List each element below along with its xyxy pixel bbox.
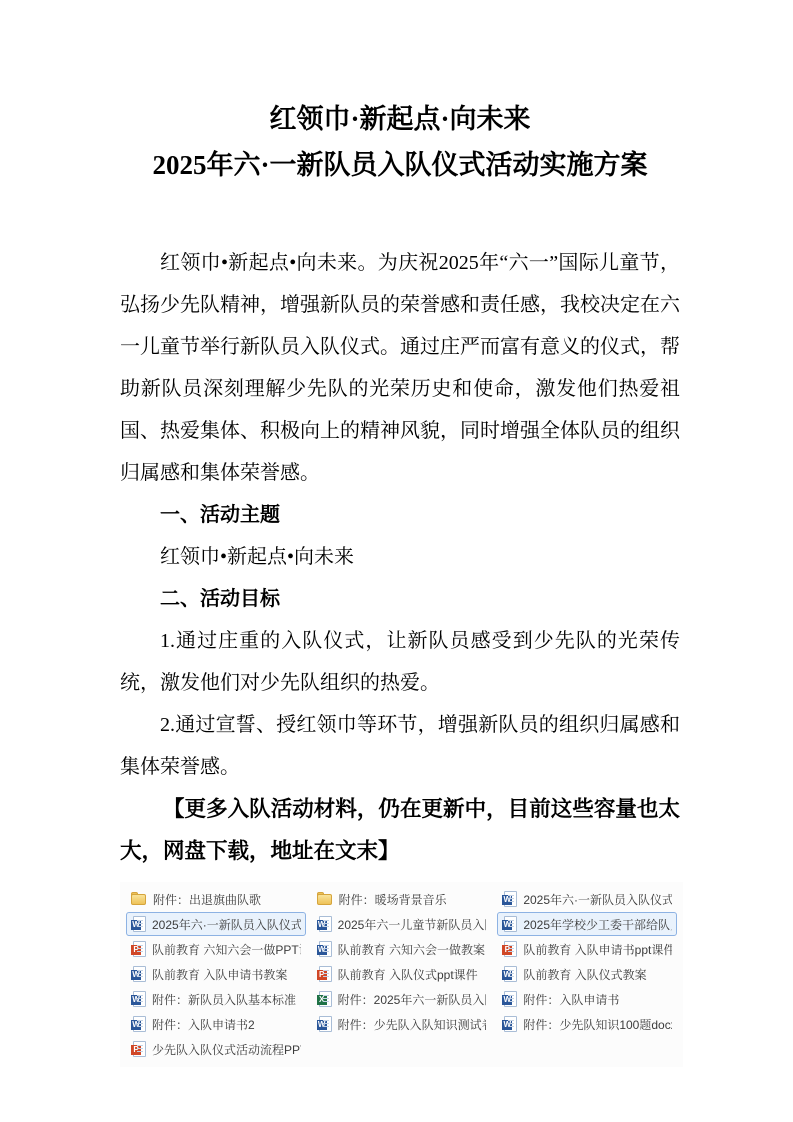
ppt-icon: [133, 941, 146, 957]
attachment-label: 2025年六·一新队员入队仪式辅导...: [523, 891, 672, 908]
excel-icon: [319, 991, 332, 1007]
attachment-item[interactable]: 2025年六·一新队员入队仪式主持词: [126, 912, 306, 936]
word-icon: [504, 1016, 517, 1032]
attachment-label: 2025年学校少工委干部给队员入...: [523, 916, 672, 933]
section-2-heading: 二、活动目标: [120, 578, 680, 620]
attachment-label: 附件：少先队入队知识测试卷: [338, 1016, 487, 1033]
attachment-item[interactable]: 附件：暖场背景音乐: [312, 887, 492, 911]
attachment-label: 队前教育 入队仪式教案: [523, 966, 646, 983]
attachment-label: 2025年六一儿童节新队员入队仪...: [338, 916, 487, 933]
word-icon: [504, 916, 517, 932]
attachments-grid: 附件：出退旗曲队歌 附件：暖场背景音乐 2025年六·一新队员入队仪式辅导...…: [120, 882, 683, 1067]
attachment-label: 附件：入队申请书2: [152, 1016, 255, 1033]
word-icon: [133, 916, 146, 932]
word-icon: [133, 991, 146, 1007]
word-icon: [319, 941, 332, 957]
title-line-1: 红领巾·新起点·向未来: [120, 96, 680, 142]
attachment-label: 队前教育 六知六会一做教案: [338, 941, 485, 958]
attachment-item[interactable]: 附件：2025年六一新队员入队统...: [312, 987, 492, 1011]
attachment-label: 少先队入队仪式活动流程PPT模板: [152, 1041, 301, 1058]
word-icon: [133, 966, 146, 982]
word-icon: [133, 1016, 146, 1032]
ppt-icon: [133, 1041, 146, 1057]
attachment-item[interactable]: 附件：少先队入队知识测试卷: [312, 1012, 492, 1036]
attachment-label: 附件：少先队知识100题docx: [523, 1016, 672, 1033]
attachment-label: 附件：暖场背景音乐: [339, 891, 447, 908]
attachment-item[interactable]: 队前教育 六知六会一做教案: [312, 937, 492, 961]
title-line-2: 2025年六·一新队员入队仪式活动实施方案: [120, 142, 680, 188]
attachment-item[interactable]: 少先队入队仪式活动流程PPT模板: [126, 1037, 306, 1061]
document-page: 红领巾·新起点·向未来 2025年六·一新队员入队仪式活动实施方案 红领巾•新起…: [0, 0, 793, 1122]
attachment-item[interactable]: 队前教育 入队申请书ppt课件: [497, 937, 677, 961]
attachment-item[interactable]: 队前教育 六知六会一做PPT课件: [126, 937, 306, 961]
folder-icon: [131, 891, 147, 907]
attachment-label: 队前教育 入队申请书ppt课件: [523, 941, 672, 958]
ppt-icon: [504, 941, 517, 957]
ppt-icon: [319, 966, 332, 982]
word-icon: [504, 891, 517, 907]
attachment-label: 2025年六·一新队员入队仪式主持词: [152, 916, 301, 933]
attachment-label: 附件：入队申请书: [523, 991, 619, 1008]
goal-1-paragraph: 1.通过庄重的入队仪式，让新队员感受到少先队的光荣传统，激发他们对少先队组织的热…: [120, 620, 680, 704]
attachment-label: 附件：出退旗曲队歌: [153, 891, 261, 908]
folder-icon: [317, 891, 333, 907]
document-body: 红领巾•新起点•向未来。为庆祝2025年“六一”国际儿童节，弘扬少先队精神，增强…: [120, 242, 680, 872]
attachment-item[interactable]: 2025年六一儿童节新队员入队仪...: [312, 912, 492, 936]
section-1-text: 红领巾•新起点•向未来: [120, 536, 680, 578]
attachment-item[interactable]: 附件：入队申请书2: [126, 1012, 306, 1036]
attachment-label: 队前教育 入队仪式ppt课件: [338, 966, 478, 983]
attachment-item[interactable]: 附件：出退旗曲队歌: [126, 887, 306, 911]
attachment-label: 附件：新队员入队基本标准: [152, 991, 296, 1008]
promo-paragraph: 【更多入队活动材料，仍在更新中，目前这些容量也太大，网盘下载，地址在文末】: [120, 788, 680, 872]
attachment-item[interactable]: 2025年学校少工委干部给队员入...: [497, 912, 677, 936]
attachment-item[interactable]: 队前教育 入队仪式ppt课件: [312, 962, 492, 986]
word-icon: [319, 1016, 332, 1032]
word-icon: [504, 966, 517, 982]
attachment-item[interactable]: 队前教育 入队仪式教案: [497, 962, 677, 986]
attachment-item[interactable]: 附件：新队员入队基本标准: [126, 987, 306, 1011]
word-icon: [504, 991, 517, 1007]
attachment-label: 附件：2025年六一新队员入队统...: [338, 991, 487, 1008]
attachment-item[interactable]: 附件：少先队知识100题docx: [497, 1012, 677, 1036]
attachment-item[interactable]: 附件：入队申请书: [497, 987, 677, 1011]
intro-paragraph: 红领巾•新起点•向未来。为庆祝2025年“六一”国际儿童节，弘扬少先队精神，增强…: [120, 242, 680, 494]
attachment-item[interactable]: 队前教育 入队申请书教案: [126, 962, 306, 986]
section-1-heading: 一、活动主题: [120, 494, 680, 536]
attachment-label: 队前教育 六知六会一做PPT课件: [152, 941, 301, 958]
attachment-item[interactable]: 2025年六·一新队员入队仪式辅导...: [497, 887, 677, 911]
word-icon: [319, 916, 332, 932]
goal-2-paragraph: 2.通过宣誓、授红领巾等环节，增强新队员的组织归属感和集体荣誉感。: [120, 704, 680, 788]
document-title: 红领巾·新起点·向未来 2025年六·一新队员入队仪式活动实施方案: [120, 96, 680, 188]
attachment-label: 队前教育 入队申请书教案: [152, 966, 287, 983]
